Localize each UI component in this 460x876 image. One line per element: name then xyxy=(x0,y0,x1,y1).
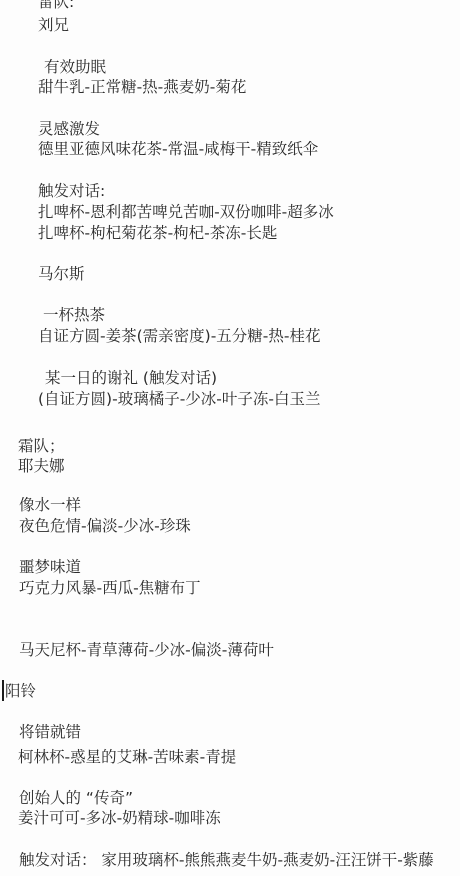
text-line: 扎啤杯-恩利都苦啤兑苦咖-双份咖啡-超多冰 xyxy=(38,202,334,222)
text-line: 将错就错 xyxy=(19,722,81,742)
text-cursor xyxy=(2,680,4,701)
text-line: 某一日的谢礼 (触发对话) xyxy=(45,368,217,388)
text-line: (自证方圆)-玻璃橘子-少冰-叶子冻-白玉兰 xyxy=(38,389,320,409)
text-line: 霜队； xyxy=(18,436,65,456)
text-line: 柯林杯-惑星的艾琳-苦味素-青提 xyxy=(18,747,236,767)
text-line: 雷队: xyxy=(38,0,74,12)
text-line: 耶夫娜 xyxy=(18,456,65,476)
text-line: 触发对话： 家用玻璃杯-熊熊燕麦牛奶-燕麦奶-汪汪饼干-紫藤 xyxy=(19,850,434,870)
text-line: 噩梦味道 xyxy=(19,557,81,577)
text-line: 马天尼杯-青草薄荷-少冰-偏淡-薄荷叶 xyxy=(19,640,274,660)
text-line: 有效助眠 xyxy=(44,57,106,77)
text-line: 扎啤杯-枸杞菊花茶-枸杞-茶冻-长匙 xyxy=(38,223,277,243)
text-line: 马尔斯 xyxy=(38,264,85,284)
text-line: 触发对话: xyxy=(38,181,105,201)
text-line: 德里亚德风味花茶-常温-咸梅干-精致纸伞 xyxy=(38,139,318,159)
text-line: 夜色危情-偏淡-少冰-珍珠 xyxy=(19,516,191,536)
document-page: 雷队:刘兄有效助眠甜牛乳-正常糖-热-燕麦奶-菊花灵感激发德里亚德风味花茶-常温… xyxy=(0,0,460,876)
text-line: 阳铃 xyxy=(2,681,36,702)
text-line: 姜汁可可-多冰-奶精球-咖啡冻 xyxy=(18,808,221,828)
text-line: 灵感激发 xyxy=(38,119,100,139)
text-line: 巧克力风暴-西瓜-焦糖布丁 xyxy=(19,578,201,598)
text-line: 自证方圆-姜茶(需亲密度)-五分糖-热-桂花 xyxy=(38,326,320,346)
text-line: 一杯热茶 xyxy=(43,305,105,325)
text-line: 创始人的 “传奇” xyxy=(19,788,133,808)
text-line: 像水一样 xyxy=(19,495,81,515)
text-line: 刘兄 xyxy=(38,15,69,35)
text-line: 甜牛乳-正常糖-热-燕麦奶-菊花 xyxy=(38,77,246,97)
